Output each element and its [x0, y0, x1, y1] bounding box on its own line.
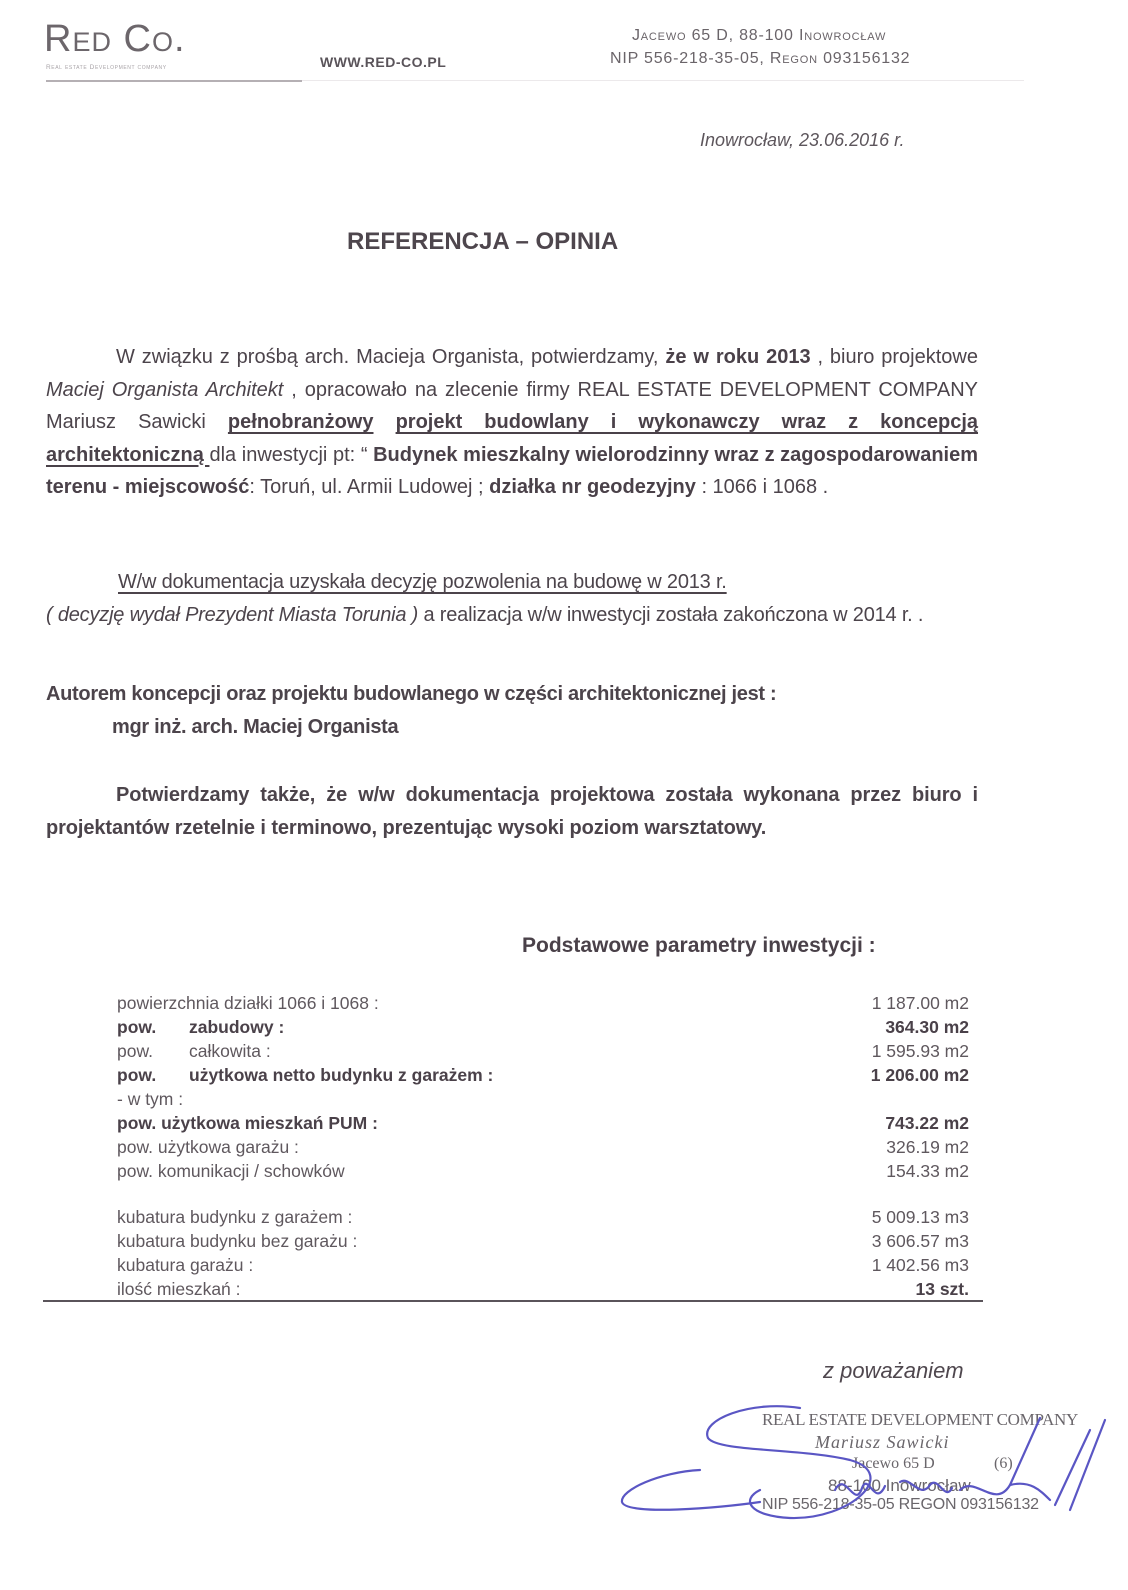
parameter-value: 1 187.00 m2 [872, 991, 969, 1015]
parameter-row: ilość mieszkań :13 szt. [117, 1277, 969, 1301]
parameter-row: kubatura budynku z garażem :5 009.13 m3 [117, 1205, 969, 1229]
text: dla inwestycji pt: “ [209, 444, 373, 466]
parameter-row: pow.zabudowy :364.30 m2 [117, 1015, 969, 1039]
parameter-row: - w tym : [117, 1087, 969, 1111]
text: a realizacja w/w inwestycji została zako… [418, 604, 923, 626]
emphasis-year: że w roku 2013 [665, 346, 810, 368]
parameter-row: pow. użytkowa mieszkań PUM :743.22 m2 [117, 1111, 969, 1135]
paragraph-intro: W związku z prośbą arch. Macieja Organis… [46, 341, 978, 504]
parameter-label: pow. komunikacji / schowków [117, 1159, 345, 1183]
text: : 1066 i 1068 . [696, 476, 828, 498]
parameter-label: - w tym : [117, 1087, 183, 1111]
parameter-value: 1 206.00 m2 [871, 1063, 969, 1087]
parameter-value: 1 402.56 m3 [872, 1253, 969, 1277]
parameter-value: 154.33 m2 [886, 1159, 969, 1183]
document-date: Inowrocław, 23.06.2016 r. [700, 130, 904, 151]
parameter-value: 1 595.93 m2 [872, 1039, 969, 1063]
parameter-label: pow.całkowita : [117, 1039, 271, 1063]
parameters-table: powierzchnia działki 1066 i 1068 :1 187.… [117, 991, 969, 1301]
document-title: REFERENCJA – OPINIA [347, 228, 618, 256]
handwritten-signature-icon [600, 1390, 1110, 1540]
parameter-label: ilość mieszkań : [117, 1277, 241, 1301]
table-divider [43, 1300, 983, 1302]
permit-issuer: ( decyzję wydał Prezydent Miasta Torunia… [46, 604, 418, 626]
company-website-link[interactable]: WWW.RED-CO.PL [320, 54, 446, 70]
parameter-value: 326.19 m2 [886, 1135, 969, 1159]
header-divider-light [302, 80, 1024, 81]
parameter-label: pow. użytkowa mieszkań PUM : [117, 1111, 378, 1135]
parameter-label: kubatura budynku bez garażu : [117, 1229, 357, 1253]
parameter-label: pow.zabudowy : [117, 1015, 284, 1039]
parameter-label: pow. użytkowa garażu : [117, 1135, 299, 1159]
emphasis-scope: pełnobranżowy [228, 411, 374, 433]
text: : Toruń, ul. Armii Ludowej ; [249, 476, 489, 498]
parameter-label: powierzchnia działki 1066 i 1068 : [117, 991, 379, 1015]
parameter-label: pow.użytkowa netto budynku z garażem : [117, 1063, 493, 1087]
author-name: mgr inż. arch. Maciej Organista [46, 711, 978, 744]
parameter-row: pow.użytkowa netto budynku z garażem :1 … [117, 1063, 969, 1087]
plot-label: działka nr geodezyjny [489, 476, 696, 498]
parameters-heading: Podstawowe parametry inwestycji : [522, 934, 876, 958]
header-divider [46, 80, 302, 82]
author-intro: Autorem koncepcji oraz projektu budowlan… [46, 683, 776, 705]
parameter-row: pow. użytkowa garażu :326.19 m2 [117, 1135, 969, 1159]
confirmation-text: Potwierdzamy także, że w/w dokumentacja … [46, 784, 978, 839]
parameter-row: powierzchnia działki 1066 i 1068 :1 187.… [117, 991, 969, 1015]
parameter-value: 5 009.13 m3 [872, 1205, 969, 1229]
parameter-value: 743.22 m2 [885, 1111, 969, 1135]
parameter-row: kubatura garażu :1 402.56 m3 [117, 1253, 969, 1277]
office-name: Maciej Organista Architekt [46, 379, 283, 401]
parameter-value: 3 606.57 m3 [872, 1229, 969, 1253]
company-registration: NIP 556-218-35-05, Regon 093156132 [610, 50, 910, 68]
parameter-row: pow.całkowita :1 595.93 m2 [117, 1039, 969, 1063]
company-logo: Red Co. [44, 18, 186, 61]
closing-salutation: z poważaniem [823, 1358, 964, 1384]
parameter-row: pow. komunikacji / schowków154.33 m2 [117, 1159, 969, 1183]
company-address: Jacewo 65 D, 88-100 Inowrocław [632, 27, 886, 45]
paragraph-author: Autorem koncepcji oraz projektu budowlan… [46, 678, 978, 743]
text: , biuro projektowe [811, 346, 978, 368]
permit-statement: W/w dokumentacja uzyskała decyzję pozwol… [118, 571, 727, 593]
parameter-row: kubatura budynku bez garażu :3 606.57 m3 [117, 1229, 969, 1253]
company-tagline: Real estate Development company [46, 64, 167, 71]
text: W związku z prośbą arch. Macieja Organis… [116, 346, 665, 368]
parameter-label: kubatura budynku z garażem : [117, 1205, 352, 1229]
parameter-value: 364.30 m2 [885, 1015, 969, 1039]
paragraph-permit: W/w dokumentacja uzyskała decyzję pozwol… [46, 566, 978, 631]
paragraph-confirmation: Potwierdzamy także, że w/w dokumentacja … [46, 779, 978, 844]
parameter-value: 13 szt. [916, 1277, 970, 1301]
parameter-label: kubatura garażu : [117, 1253, 253, 1277]
